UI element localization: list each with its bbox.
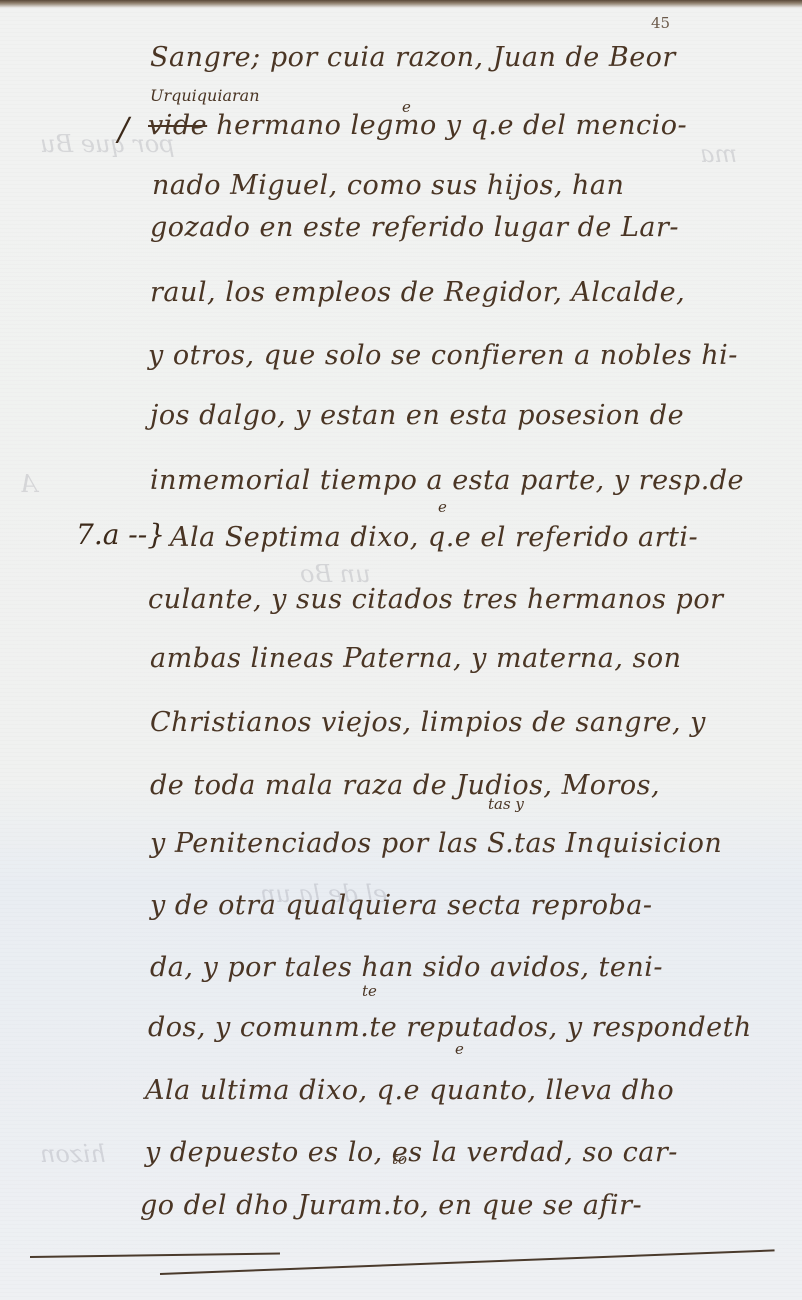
folio-number: 45 (651, 14, 670, 32)
text-line: gozado en este referido lugar de Lar- (150, 212, 679, 243)
text-line: y Penitenciados por las S.tas Inquisicio… (150, 828, 722, 859)
margin-note-article-number: 7.a --} (76, 518, 165, 551)
text-line: dos, y comunm.te reputados, y respondeth (148, 1012, 752, 1043)
text-line: da, y por tales han sido avidos, teni- (150, 952, 663, 983)
text-line: go del dho Juram.to, en que se afir- (140, 1190, 642, 1221)
text-line: y otros, que solo se confieren a nobles … (148, 340, 738, 371)
text-line: ambas lineas Paterna, y materna, son (150, 643, 682, 674)
interlinear-name: Urquiquiaran (150, 86, 260, 105)
interlinear-note: te (362, 982, 377, 1000)
text-line: nado Miguel, como sus hijos, han (152, 170, 624, 201)
text-line: Ala ultima dixo, q.e quanto, lleva dho (145, 1075, 674, 1106)
text-line: de toda mala raza de Judios, Moros, (150, 770, 660, 801)
bleed-through-text: hizon (40, 1140, 106, 1168)
margin-mark: / (118, 110, 129, 148)
text-line: raul, los empleos de Regidor, Alcalde, (150, 277, 685, 308)
closing-rule (30, 1253, 280, 1258)
text-line: jos dalgo, y estan en esta posesion de (150, 400, 684, 431)
bleed-through-text: ma (700, 140, 737, 168)
text-line: Ala Septima dixo, q.e el referido arti- (170, 522, 698, 553)
struck-word: vide (148, 110, 207, 141)
interlinear-note: e (438, 498, 447, 516)
bleed-through-text: A (20, 470, 37, 498)
text-line: y de otra qualquiera secta reproba- (150, 890, 652, 921)
text-line-rest: hermano legmo y q.e del mencio- (207, 110, 687, 141)
text-line: Christianos viejos, limpios de sangre, y (150, 707, 706, 738)
text-line: vide hermano legmo y q.e del mencio- (148, 110, 687, 141)
text-line: inmemorial tiempo a esta parte, y resp.d… (150, 465, 744, 496)
text-line: culante, y sus citados tres hermanos por (148, 584, 724, 615)
text-line: Sangre; por cuia razon, Juan de Beor (150, 42, 676, 73)
text-line: y depuesto es lo, es la verdad, so car- (145, 1137, 678, 1168)
manuscript-page: por que Bu ma A un Bo el de la un hizon … (0, 0, 802, 1300)
